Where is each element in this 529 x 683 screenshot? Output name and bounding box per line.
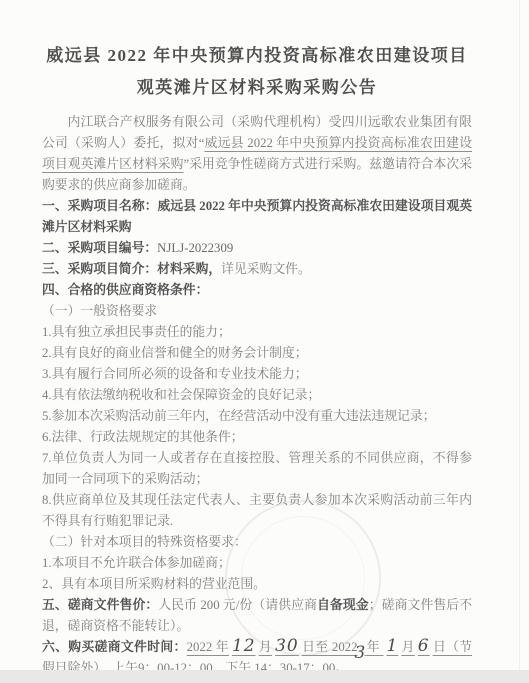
section-document-price: 五、磋商文件售价：人民币 200 元/份（请供应商自备现金；磋商文件售后不退，磋…: [42, 595, 472, 637]
purchase-time-seg1: 2022 年: [187, 640, 229, 654]
handwritten-month-to: 1: [383, 636, 401, 656]
section-project-name-label: 一、采购项目名称：: [42, 199, 158, 213]
intro-paragraph: 内江联合产权服务有限公司（采购代理机构）受四川远歌农业集团有限公司（采购人）委托…: [42, 112, 472, 196]
section-project-number-value: NJLJ-2022309: [157, 241, 233, 255]
handwritten-day-to: 6: [415, 636, 433, 656]
section-project-brief-bold: 材料采购，: [157, 262, 221, 276]
document-price-seg1: 人民币 200 元/份（请供应商: [158, 598, 317, 612]
section-purchase-time-label: 六、购买磋商文件时间：: [42, 640, 187, 654]
document-body: 威远县 2022 年中央预算内投资高标准农田建设项目 观英滩片区材料采购采购公告…: [42, 40, 472, 679]
scan-page-right-edge: [519, 0, 520, 670]
purchase-time-seg5: 月: [401, 640, 415, 654]
general-requirement-item: 4.具有依法缴纳税收和社会保障资金的良好记录；: [42, 385, 472, 406]
section-document-price-label: 五、磋商文件售价：: [42, 598, 158, 612]
special-requirement-item: 2、具有本项目所采购材料的营业范围。: [42, 574, 472, 595]
general-requirement-item: 1.具有独立承担民事责任的能力；: [42, 322, 472, 343]
general-requirement-item: 3.具有履行合同所必须的设备和专业技术能力；: [42, 364, 472, 385]
scanned-document-page: 威远县 2022 年中央预算内投资高标准农田建设项目 观英滩片区材料采购采购公告…: [0, 0, 529, 683]
purchase-time-seg2: 月: [259, 640, 273, 654]
section-qualification-label: 四、合格的供应商资格条件：: [42, 283, 208, 297]
section-project-brief-label: 三、采购项目简介：: [42, 262, 157, 276]
section-project-number-label: 二、采购项目编号：: [42, 241, 157, 255]
general-requirements-heading: （一）一般资格要求: [42, 301, 472, 322]
general-requirement-item: 6.法律、行政法规规定的其他条件；: [42, 427, 472, 448]
document-title: 威远县 2022 年中央预算内投资高标准农田建设项目 观英滩片区材料采购采购公告: [42, 40, 472, 104]
handwritten-year-correction: 3: [352, 643, 370, 663]
general-requirement-item: 7.单位负责人为同一人或者存在直接控股、管理关系的不同供应商，不得参加同一合同项…: [42, 448, 472, 490]
special-requirement-item: 1.本项目不允许联合体参加磋商；: [42, 553, 472, 574]
general-requirement-item: 8.供应商单位及其现任法定代表人、主要负责人参加本次采购活动前三年内不得具有行贿…: [42, 490, 472, 532]
general-requirement-item: 2.具有良好的商业信誉和健全的财务会计制度；: [42, 343, 472, 364]
document-price-cash-bold: 自备现金: [317, 598, 369, 612]
section-project-number: 二、采购项目编号：NJLJ-2022309: [42, 238, 472, 259]
scan-bottom-strip: [0, 670, 529, 683]
handwritten-day-from: 30: [272, 636, 302, 656]
special-requirements-heading: （二）针对本项目的特殊资格要求：: [42, 532, 472, 553]
document-title-line1: 威远县 2022 年中央预算内投资高标准农田建设项目: [42, 40, 472, 72]
purchase-time-seg3: 日至 2022: [302, 640, 358, 654]
document-title-line2: 观英滩片区材料采购采购公告: [42, 72, 472, 104]
section-project-brief: 三、采购项目简介：材料采购，详见采购文件。: [42, 259, 472, 280]
section-project-brief-value: 详见采购文件。: [221, 262, 311, 276]
section-qualification-heading: 四、合格的供应商资格条件：: [42, 280, 472, 301]
general-requirement-item: 5.参加本次采购活动前三年内，在经营活动中没有重大违法违规记录；: [42, 406, 472, 427]
handwritten-month-from: 12: [229, 636, 259, 656]
section-project-name: 一、采购项目名称：威远县 2022 年中央预算内投资高标准农田建设项目观英滩片区…: [42, 196, 472, 238]
